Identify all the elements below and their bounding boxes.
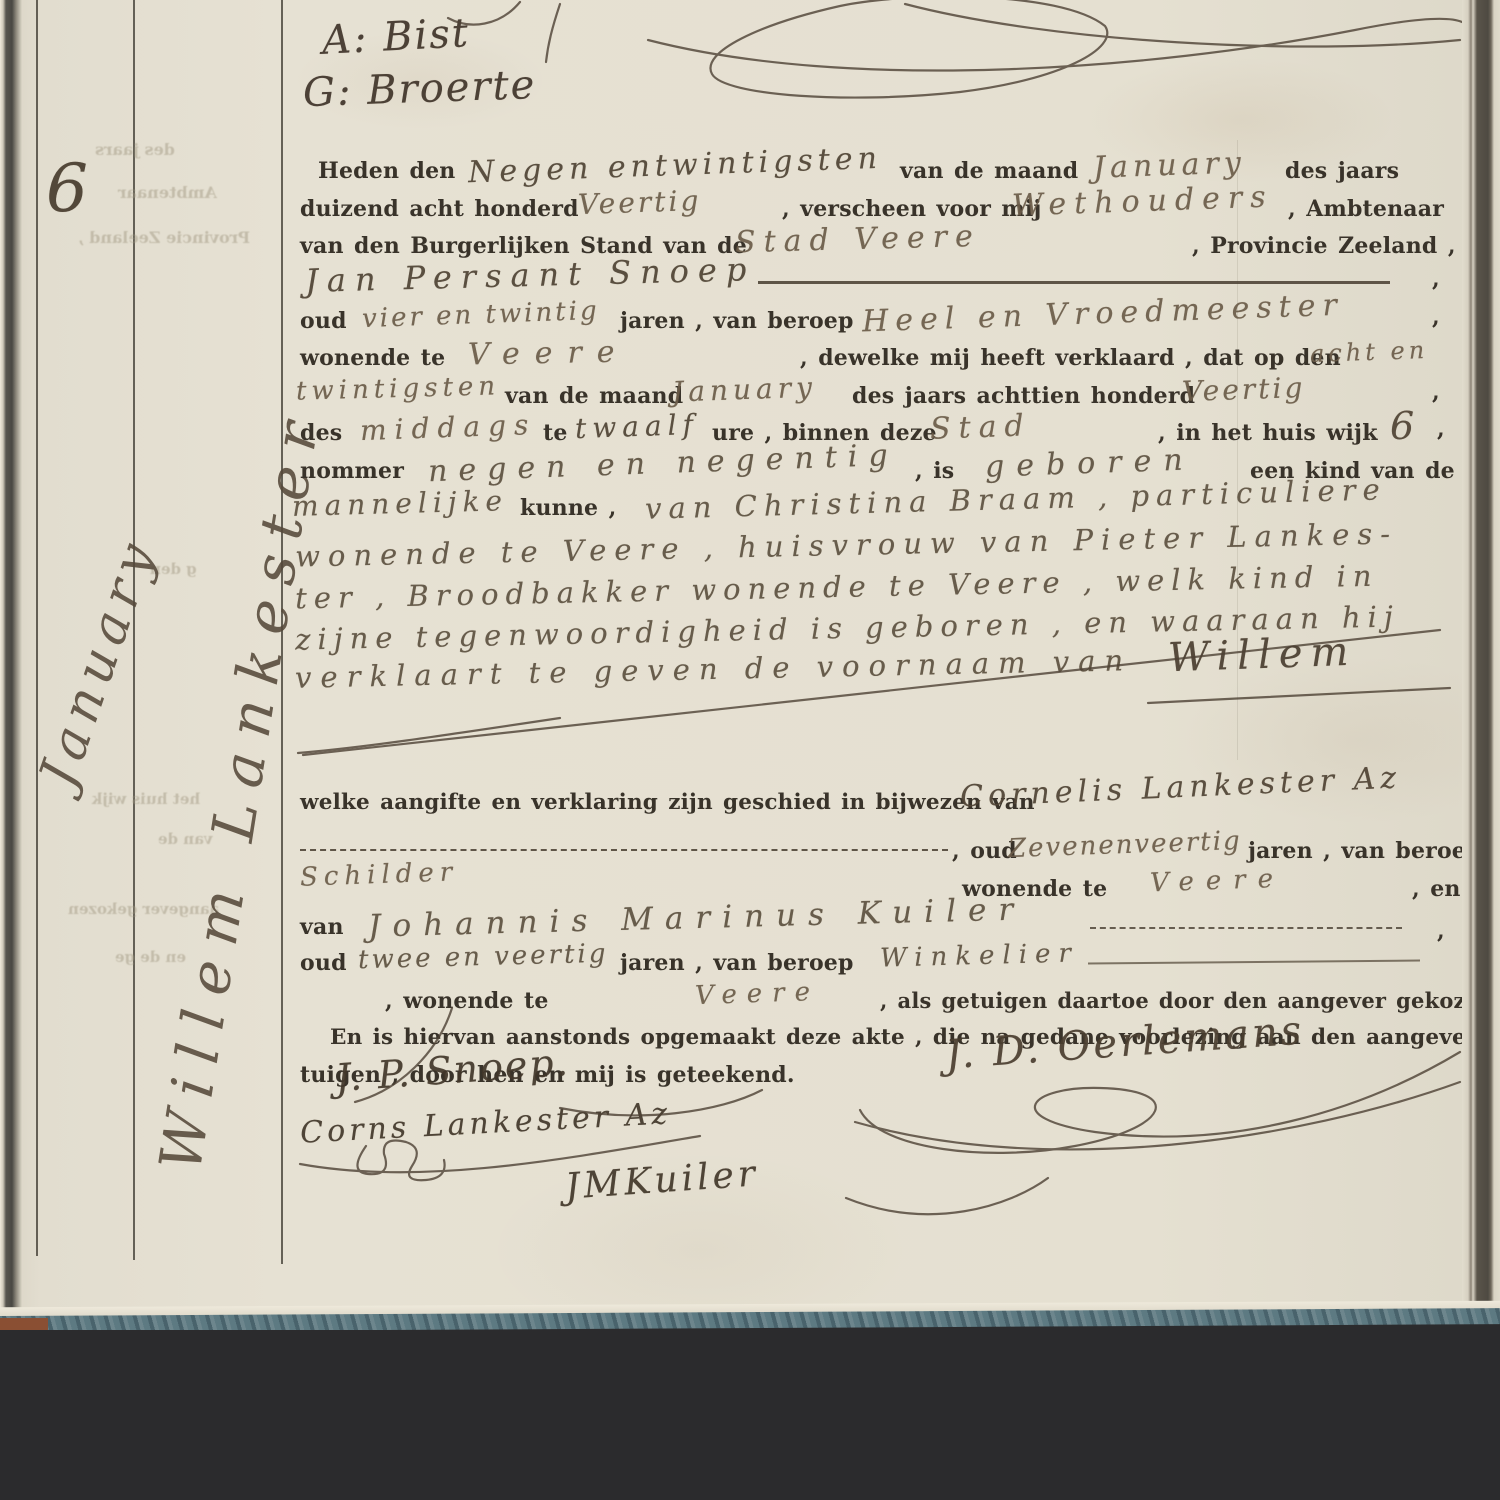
printed-kunne: kunne , xyxy=(520,495,616,521)
top-annotation-2: G: Broerte xyxy=(302,62,537,116)
photo-backdrop xyxy=(0,1330,1500,1500)
hw-witness2-occupation: Winkelier xyxy=(880,938,1080,973)
printed-en: , en xyxy=(1412,876,1461,902)
hw-birth-place: Stad xyxy=(929,408,1032,447)
hw-birth-hour: twaalf xyxy=(574,408,699,445)
hw-time-of-day: middags xyxy=(359,408,536,447)
top-annotation-1: A: Bist xyxy=(321,10,471,64)
printed-heden-den: Heden den xyxy=(318,158,456,184)
printed-duizend: duizend acht honderd xyxy=(300,196,579,222)
printed-bijwezen: welke aangifte en verklaring zijn geschi… xyxy=(300,790,1035,815)
hw-witness1-occupation: Schilder xyxy=(300,857,459,893)
margin-act-number: 6 xyxy=(46,150,88,227)
hw-birth-month: January xyxy=(671,370,817,408)
page-right-edge xyxy=(1462,0,1500,1318)
hw-child-firstname: Willem xyxy=(1167,629,1357,682)
printed-comma: , xyxy=(1432,304,1440,330)
printed-is: , is xyxy=(915,458,954,484)
hw-registration-year: Veertig xyxy=(577,184,701,221)
printed-des: des xyxy=(300,420,342,446)
hw-birth-day-part2: twintigsten xyxy=(296,371,501,406)
bleedthrough-text: het huis wijk xyxy=(92,790,200,808)
fill-rule-declarant xyxy=(758,281,1390,284)
scanned-register-page: des jaars Ambtenaar Provincie Zeeland , … xyxy=(0,0,1500,1500)
printed-oud-3: oud xyxy=(300,950,347,976)
printed-te: te xyxy=(543,420,568,446)
printed-jaren-van-beroep-3: jaren , van beroep xyxy=(620,950,854,976)
bleedthrough-text: en de ge xyxy=(115,948,186,966)
bleedthrough-text: Ambtenaar xyxy=(118,183,217,202)
printed-van-de-maand: van de maand xyxy=(900,158,1078,184)
printed-ambtenaar: , Ambtenaar xyxy=(1288,196,1444,222)
margin-rule-1 xyxy=(36,0,38,1256)
hw-wijk-letter: 6 xyxy=(1390,404,1414,448)
printed-comma: , xyxy=(1432,266,1440,292)
printed-verscheen: , verscheen voor mij xyxy=(782,196,1042,222)
fill-rule-witness2 xyxy=(1090,927,1402,929)
hw-municipality: Stad Veere xyxy=(735,219,982,260)
printed-getuigen: , als getuigen daartoe door den aangever… xyxy=(880,988,1500,1013)
hw-registration-month: January xyxy=(1092,145,1246,185)
hw-witness2-residence: Veere xyxy=(695,977,821,1011)
bleedthrough-text: des jaars xyxy=(95,140,175,159)
printed-des-jaars: des jaars xyxy=(1285,158,1399,184)
hw-witness1-residence: Veere xyxy=(1150,864,1286,899)
printed-comma: , xyxy=(1432,379,1440,405)
bleedthrough-text: Provincie Zeeland , xyxy=(78,228,250,247)
hw-birth-day-part1: acht en xyxy=(1310,336,1429,368)
printed-van-2: van xyxy=(300,914,344,940)
printed-jaren-van-beroep-2: jaren , van beroep xyxy=(1248,838,1482,864)
hw-declarant-residence: Veere xyxy=(468,335,630,373)
fill-rule-witness1 xyxy=(300,849,948,851)
printed-comma: , xyxy=(1437,416,1445,442)
printed-nommer: nommer xyxy=(300,458,404,484)
hw-birth-year: Veertig xyxy=(1181,371,1305,408)
printed-wonende-te: wonende te xyxy=(300,345,445,371)
book-edge-red-segment xyxy=(0,1318,48,1330)
printed-dewelke: , dewelke mij heeft verklaard , dat op d… xyxy=(800,345,1341,371)
printed-wonende-te-3: , wonende te xyxy=(385,988,549,1014)
hw-gender: mannelijke xyxy=(292,484,509,523)
book-gutter-shadow xyxy=(0,0,22,1318)
printed-jaren-van-beroep: jaren , van beroep xyxy=(620,308,854,334)
printed-achttien-honderd: des jaars achttien honderd xyxy=(852,383,1195,409)
printed-comma: , xyxy=(1437,918,1445,944)
printed-van-de-maand-2: van de maand xyxy=(505,383,683,409)
printed-provincie-zeeland: , Provincie Zeeland , xyxy=(1192,233,1456,259)
printed-oud: oud xyxy=(300,308,347,334)
